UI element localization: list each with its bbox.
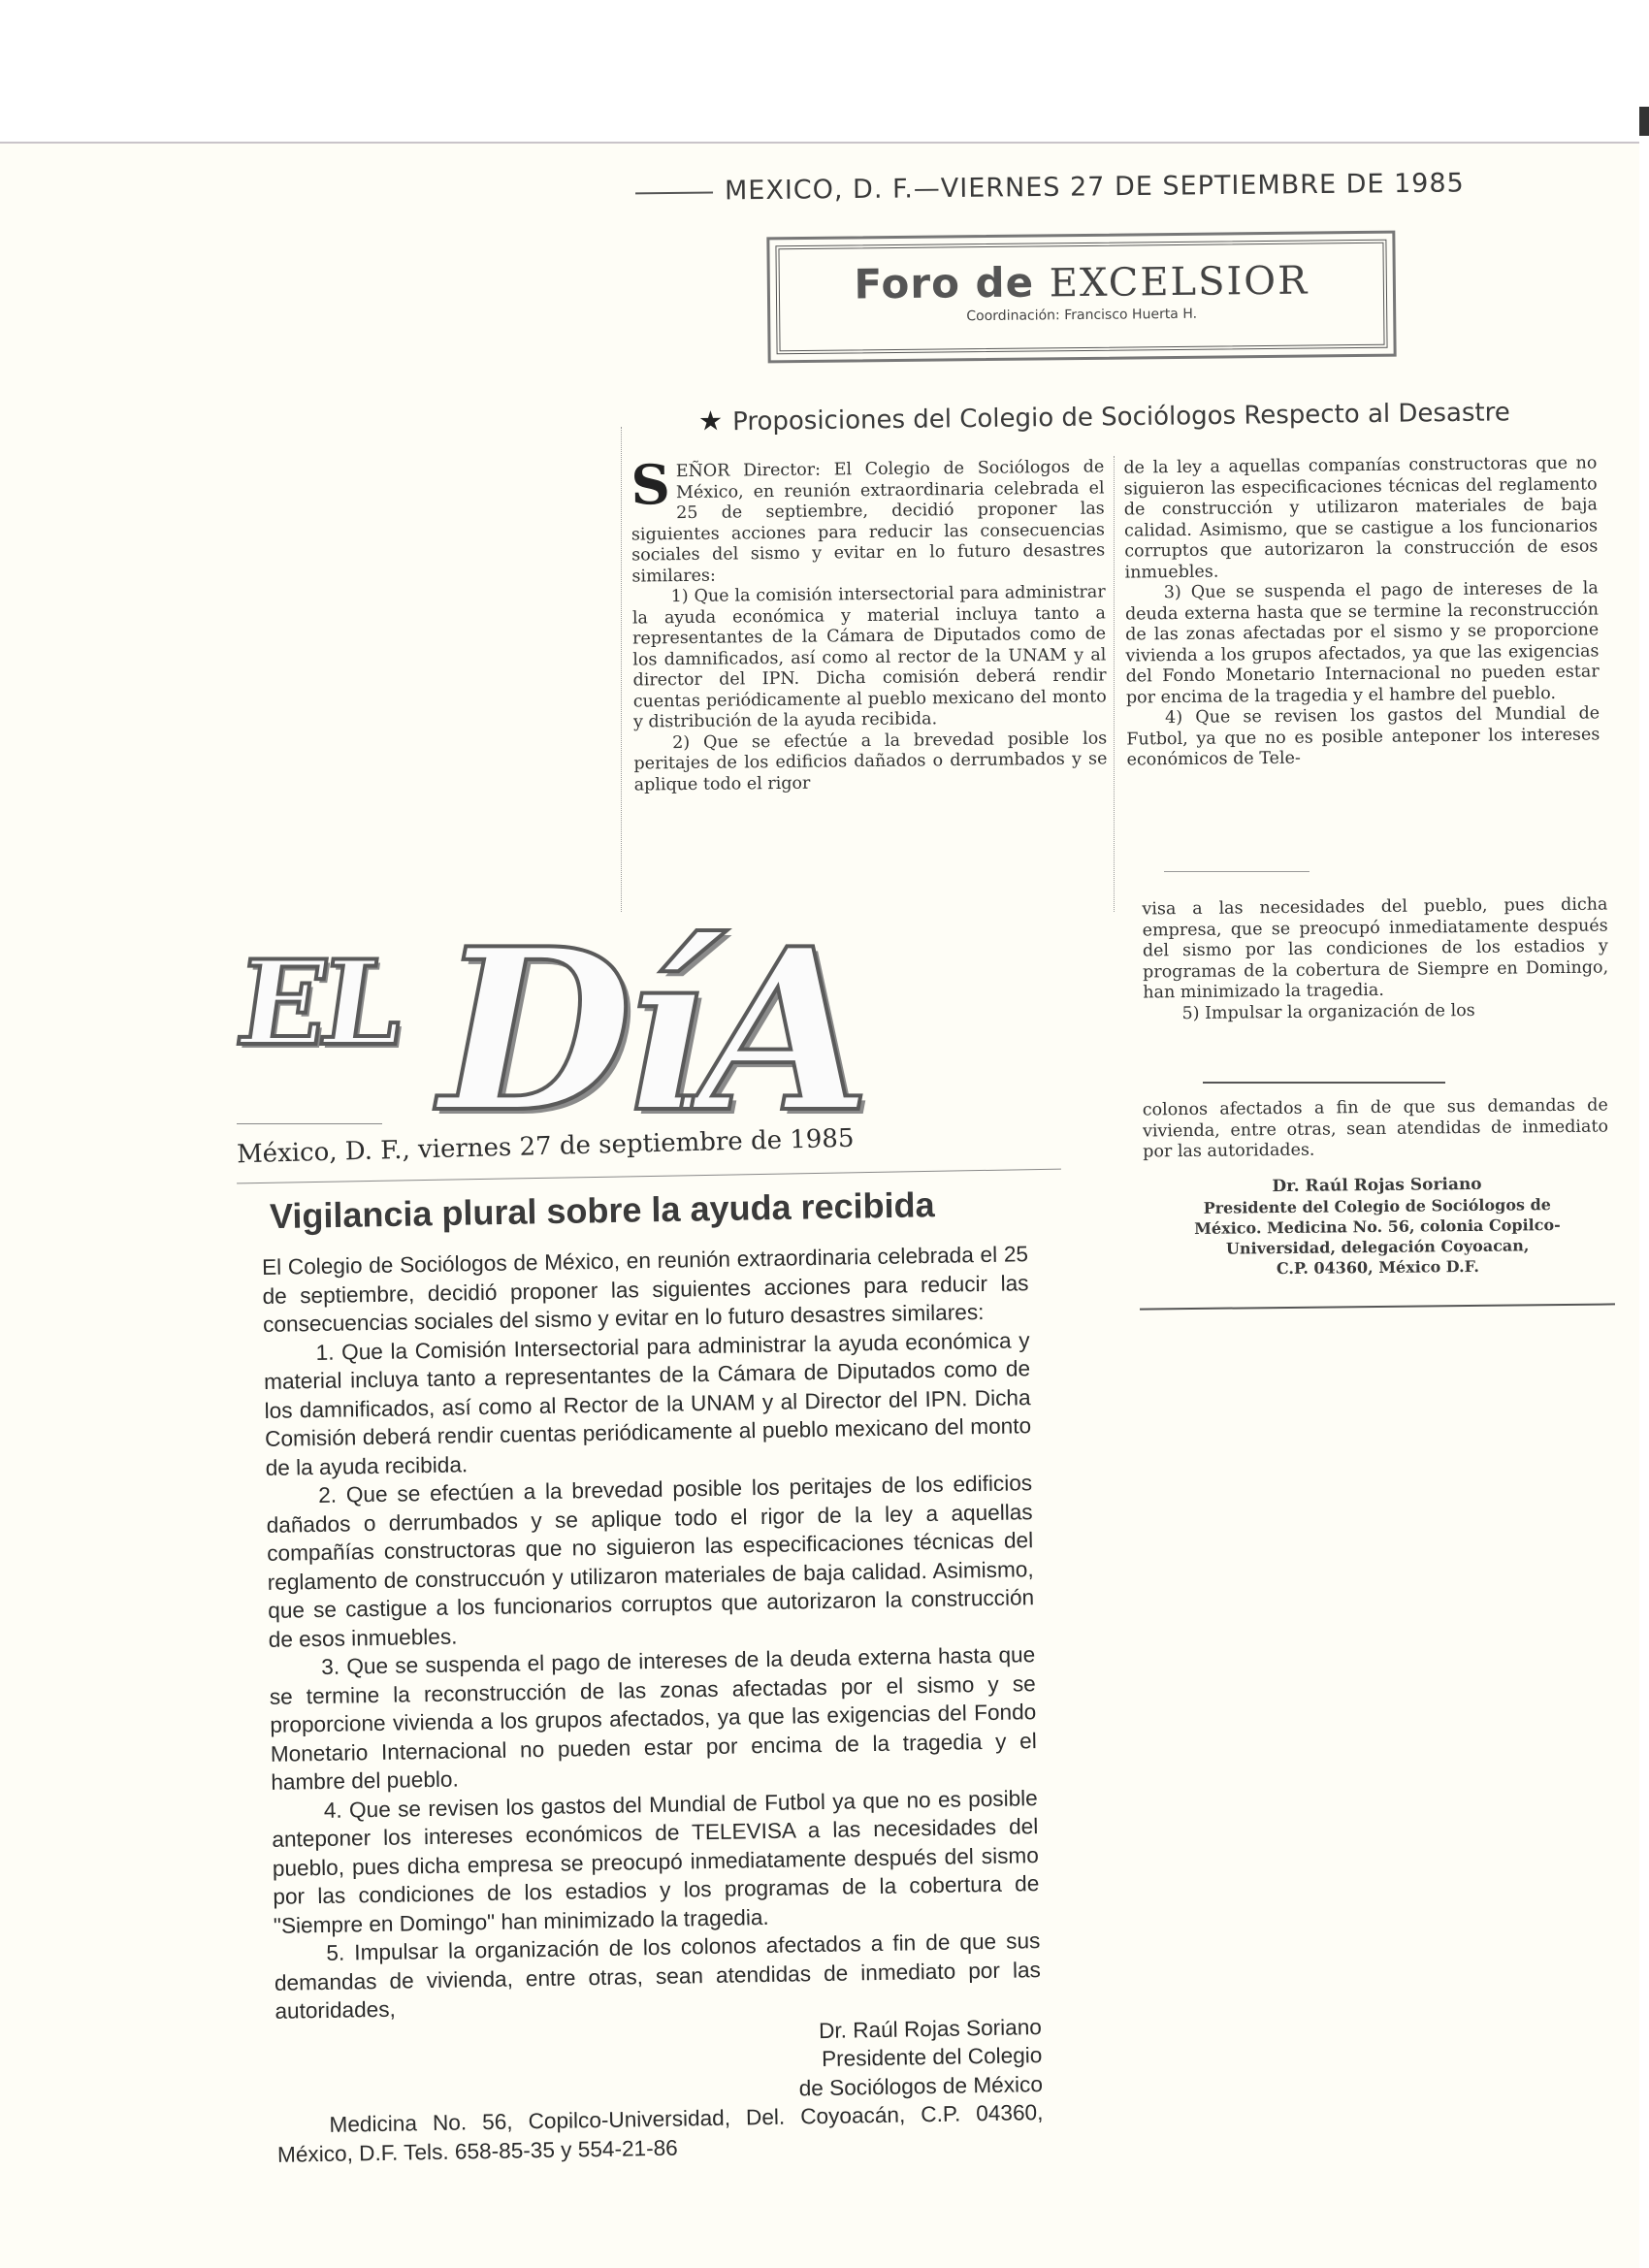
star-icon: ★ bbox=[698, 405, 724, 437]
proposal-1: 1) Que la comisión intersectorial para a… bbox=[632, 582, 1108, 733]
paragraph: EÑOR Director: El Colegio de Sociólogos … bbox=[631, 457, 1105, 586]
proposal-2-start: 2) Que se efectúe a la brevedad posible … bbox=[633, 729, 1108, 796]
proposal-3: 3. Que se suspenda el pago de intereses … bbox=[269, 1640, 1037, 1797]
masthead-el: EL bbox=[229, 935, 407, 1072]
excelsior-signature: Dr. Raúl Rojas Soriano Presidente del Co… bbox=[1134, 1173, 1620, 1280]
dropcap: S bbox=[630, 464, 670, 506]
masthead-brand: EXCELSIOR bbox=[1049, 259, 1309, 307]
masthead-title: Foro de EXCELSIOR bbox=[780, 255, 1383, 309]
scan-edge-shadow bbox=[1639, 107, 1649, 136]
proposal-1: 1. Que la Comisión Intersectorial para a… bbox=[263, 1326, 1031, 1482]
proposal-2-cont: de la ley a aquellas companías construct… bbox=[1123, 453, 1598, 583]
proposal-5-cont: colonos afectados a fin de que sus deman… bbox=[1143, 1095, 1609, 1163]
letter-intro: SEÑOR Director: El Colegio de Sociólogos… bbox=[630, 457, 1105, 587]
excelsior-masthead: Foro de EXCELSIOR Coordinación: Francisc… bbox=[775, 240, 1387, 355]
excelsior-column-4: colonos afectados a fin de que sus deman… bbox=[1143, 1095, 1609, 1163]
proposal-3: 3) Que se suspenda el pago de intereses … bbox=[1125, 578, 1600, 708]
masthead-prefix: Foro de bbox=[854, 258, 1050, 308]
excelsior-column-1: SEÑOR Director: El Colegio de Sociólogos… bbox=[630, 457, 1108, 795]
proposal-4: 4. Que se revisen los gastos del Mundial… bbox=[272, 1784, 1040, 1940]
excelsior-column-3: visa a las necesidades del pueblo, pues … bbox=[1142, 894, 1608, 1024]
divider-rule bbox=[1164, 871, 1309, 872]
masthead-dia: DíA bbox=[439, 900, 861, 1162]
eldia-article-body: El Colegio de Sociólogos de México, en r… bbox=[262, 1240, 1044, 2169]
eldia-masthead: EL DíA bbox=[231, 922, 1084, 1145]
column-divider bbox=[1114, 456, 1115, 912]
dateline-rule bbox=[237, 1123, 382, 1124]
eldia-signature: Dr. Raúl Rojas Soriano Presidente del Co… bbox=[275, 2013, 1043, 2112]
proposal-2: 2. Que se efectúen a la brevedad posible… bbox=[266, 1469, 1035, 1654]
column-divider bbox=[621, 427, 623, 912]
proposal-4-start: 4) Que se revisen los gastos del Mundial… bbox=[1126, 703, 1600, 771]
proposal-5: 5. Impulsar la organización de los colon… bbox=[274, 1927, 1041, 2025]
dateline-rule bbox=[635, 191, 713, 194]
article-lead: El Colegio de Sociólogos de México, en r… bbox=[262, 1240, 1029, 1339]
proposal-4-cont: visa a las necesidades del pueblo, pues … bbox=[1142, 894, 1608, 1004]
excelsior-column-2: de la ley a aquellas companías construct… bbox=[1123, 453, 1600, 771]
divider-rule bbox=[1203, 1082, 1445, 1084]
